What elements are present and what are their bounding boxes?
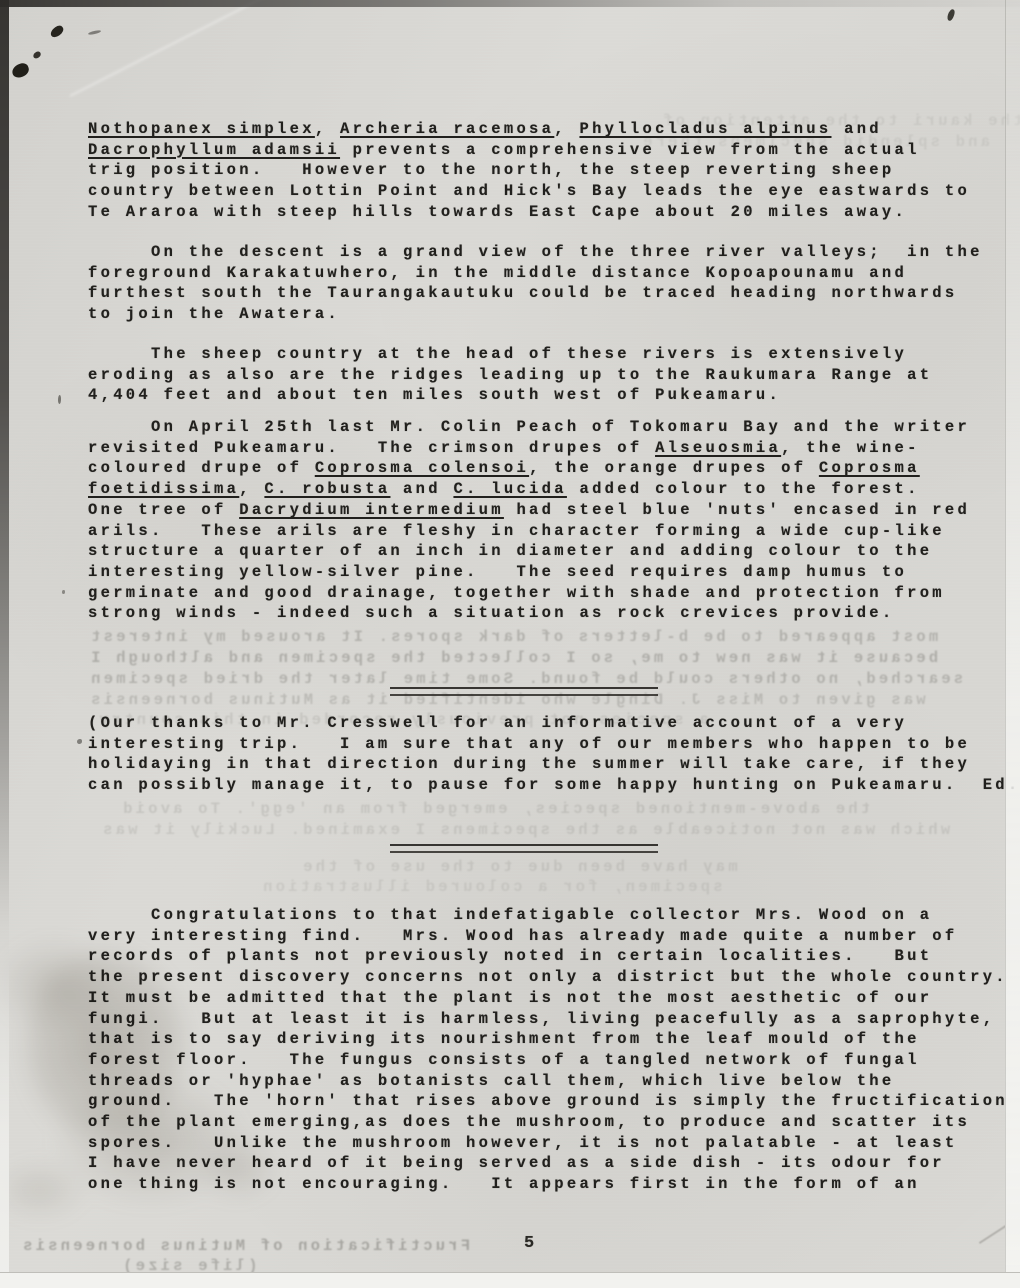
- scan-edge-top: [0, 0, 1020, 7]
- scan-edge-left: [0, 0, 9, 1288]
- scan-edge-right: [1005, 0, 1020, 1288]
- ink-speck: [10, 61, 30, 79]
- ink-speck: [62, 590, 65, 594]
- scan-edge-bottom: [0, 1272, 1020, 1288]
- ink-speck: [88, 30, 101, 36]
- typewritten-page: the kauri to the attention ofand splendi…: [0, 0, 1020, 1288]
- ink-speck: [49, 24, 66, 39]
- ink-speck: [58, 395, 61, 404]
- ink-speck: [946, 8, 955, 21]
- ink-specks-layer: [0, 0, 1020, 1288]
- ink-speck: [77, 739, 82, 744]
- ink-speck: [32, 50, 42, 59]
